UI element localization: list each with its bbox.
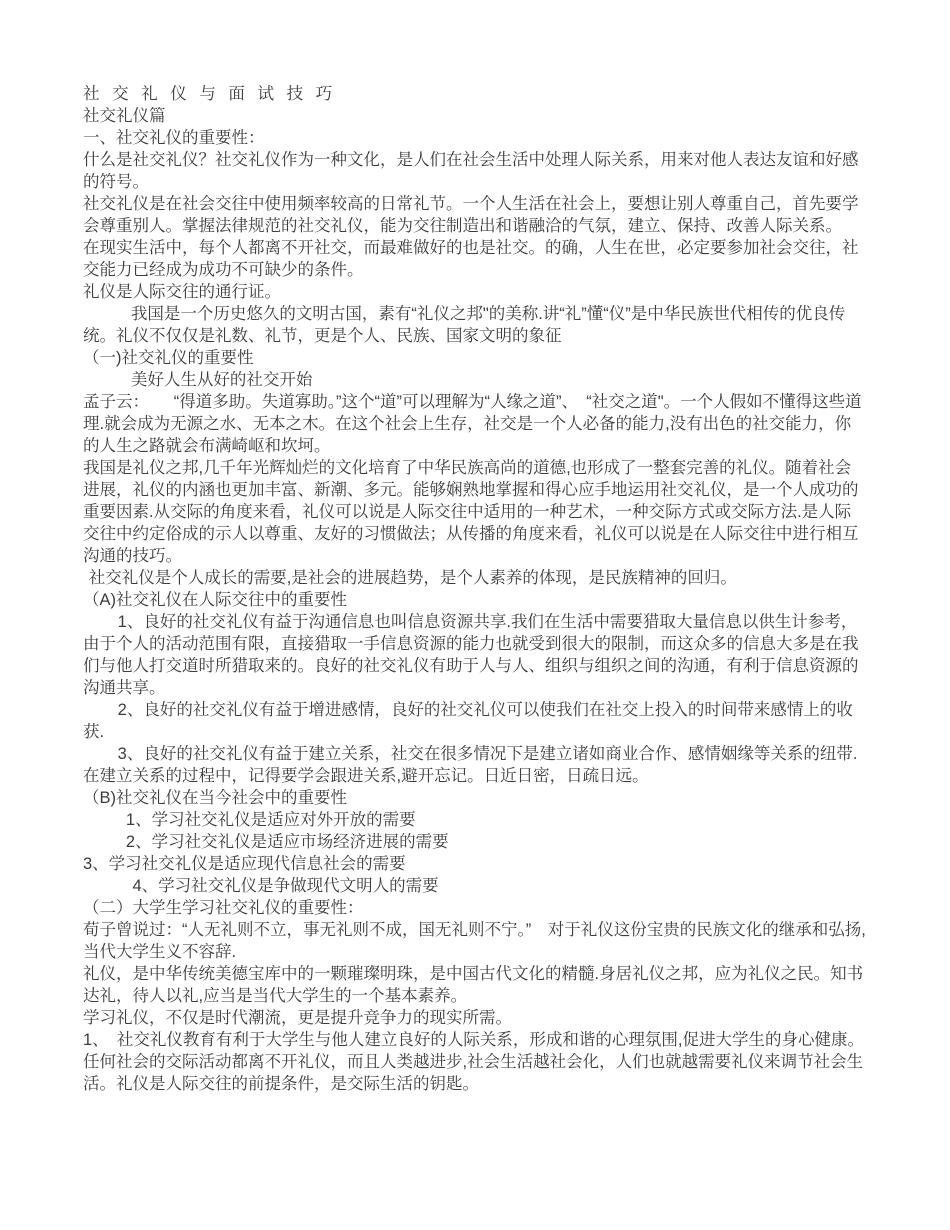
paragraph: 3、良好的社交礼仪有益于建立关系，社交在很多情况下是建立诸如商业合作、感情姻缘等… — [83, 743, 866, 787]
paragraph: 我国是一个历史悠久的文明古国，素有“礼仪之邦"的美称.讲“礼”懂“仪”是中华民族… — [83, 303, 866, 347]
paragraph: 荀子曾说过：“人无礼则不立，事无礼则不成，国无礼则不宁。” 对于礼仪这份宝贵的民… — [83, 919, 866, 963]
paragraph: 3、学习社交礼仪是适应现代信息社会的需要 — [83, 853, 866, 875]
paragraph: 社交礼仪是在社会交往中使用频率较高的日常礼节。一个人生活在社会上，要想让别人尊重… — [83, 193, 866, 237]
document-content: 社 交 礼 仪 与 面 试 技 巧 社交礼仪篇一、社交礼仪的重要性：什么是社交礼… — [83, 83, 866, 1095]
paragraph: 孟子云： “得道多助。失道寡助。”这个“道”可以理解为“人缘之道”、 “社交之道… — [83, 391, 866, 457]
paragraph: 我国是礼仪之邦,几千年光辉灿烂的文化培育了中华民族高尚的道德,也形成了一整套完善… — [83, 457, 866, 567]
paragraph: 礼仪是人际交往的通行证。 — [83, 281, 866, 303]
document-body: 社交礼仪篇一、社交礼仪的重要性：什么是社交礼仪？社交礼仪作为一种文化，是人们在社… — [83, 105, 866, 1095]
paragraph: 社交礼仪篇 — [83, 105, 866, 127]
paragraph: 一、社交礼仪的重要性： — [83, 127, 866, 149]
paragraph: 2、良好的社交礼仪有益于增进感情，良好的社交礼仪可以使我们在社交上投入的时间带来… — [83, 699, 866, 743]
paragraph: 1、良好的社交礼仪有益于沟通信息也叫信息资源共享.我们在生活中需要猎取大量信息以… — [83, 611, 866, 699]
paragraph: （A)社交礼仪在人际交往中的重要性 — [83, 589, 866, 611]
paragraph: 1、学习社交礼仪是适应对外开放的需要 — [83, 809, 866, 831]
paragraph: （一)社交礼仪的重要性 — [83, 347, 866, 369]
paragraph: 4、学习社交礼仪是争做现代文明人的需要 — [83, 875, 866, 897]
document-title: 社 交 礼 仪 与 面 试 技 巧 — [83, 83, 866, 105]
paragraph: 什么是社交礼仪？社交礼仪作为一种文化，是人们在社会生活中处理人际关系，用来对他人… — [83, 149, 866, 193]
paragraph: 2、学习社交礼仪是适应市场经济进展的需要 — [83, 831, 866, 853]
paragraph: （B)社交礼仪在当今社会中的重要性 — [83, 787, 866, 809]
paragraph: 社交礼仪是个人成长的需要,是社会的进展趋势，是个人素养的体现，是民族精神的回归。 — [83, 567, 866, 589]
paragraph: 在现实生活中，每个人都离不开社交，而最难做好的也是社交。的确，人生在世，必定要参… — [83, 237, 866, 281]
paragraph: 美好人生从好的社交开始 — [83, 369, 866, 391]
paragraph: 礼仪，是中华传统美德宝库中的一颗璀璨明珠，是中国古代文化的精髓.身居礼仪之邦，应… — [83, 963, 866, 1007]
paragraph: （二）大学生学习社交礼仪的重要性： — [83, 897, 866, 919]
document-page: 社 交 礼 仪 与 面 试 技 巧 社交礼仪篇一、社交礼仪的重要性：什么是社交礼… — [0, 0, 950, 1230]
paragraph: 1、 社交礼仪教育有利于大学生与他人建立良好的人际关系，形成和谐的心理氛围,促进… — [83, 1029, 866, 1095]
paragraph: 学习礼仪，不仅是时代潮流，更是提升竞争力的现实所需。 — [83, 1007, 866, 1029]
